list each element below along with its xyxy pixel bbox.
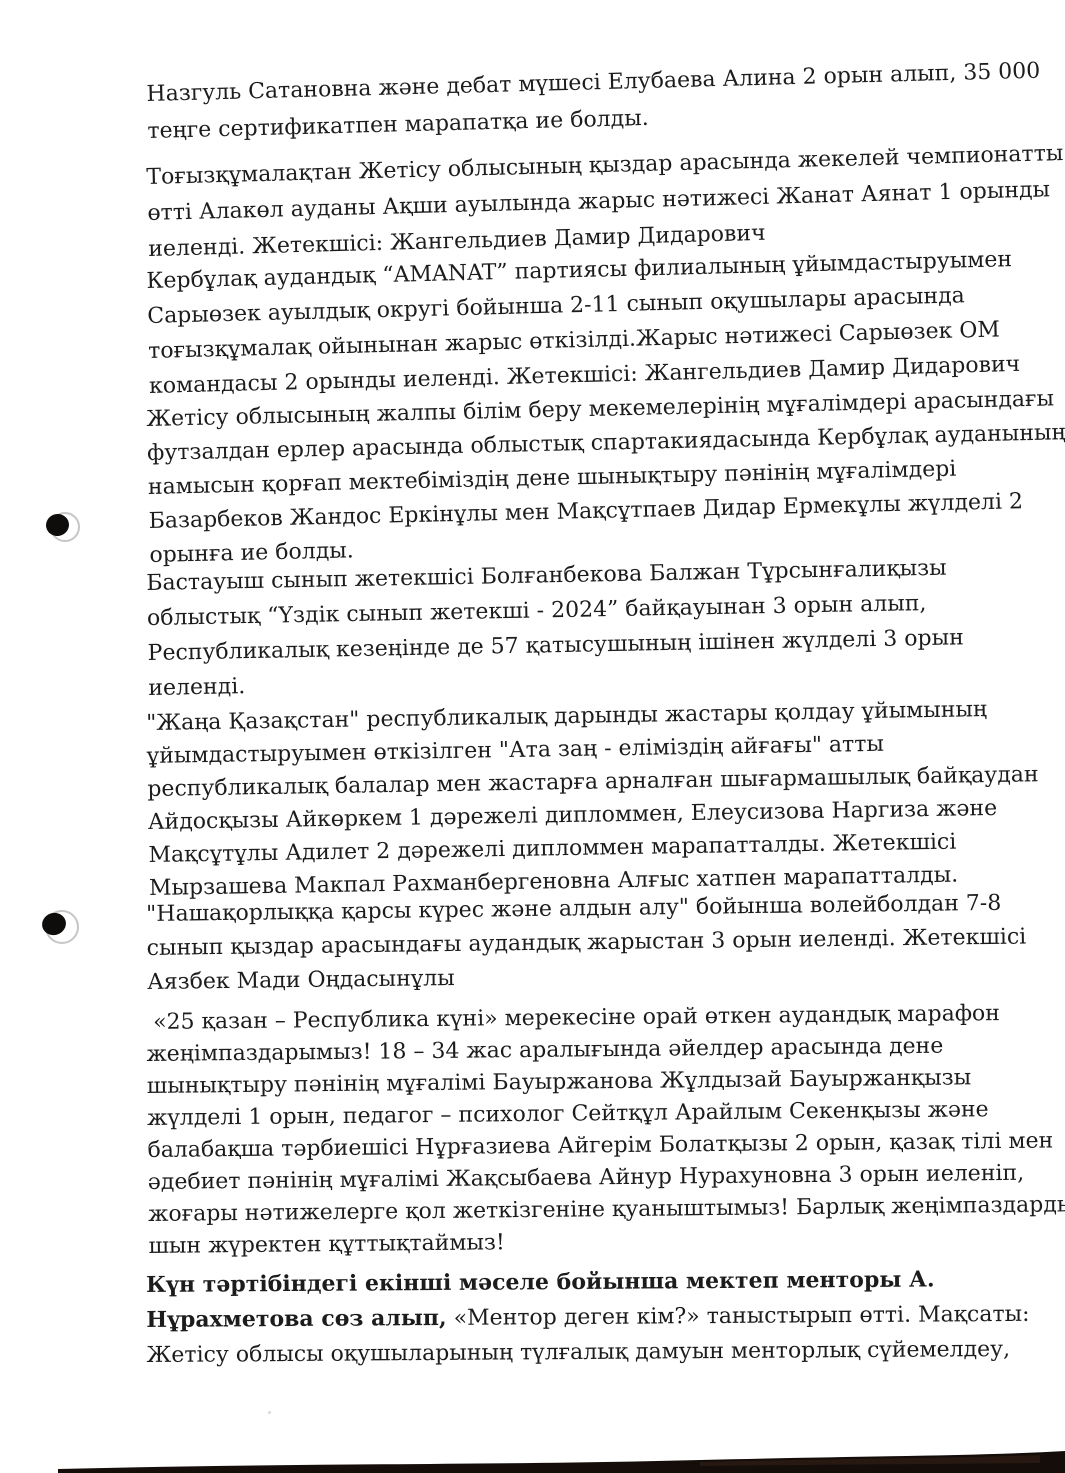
paragraph: «25 қазан – Республика күні» мерекесіне …: [146, 998, 1019, 1263]
hole-punch-mark: [46, 512, 80, 546]
bold-text-segment: Нұрахметова сөз алып,: [146, 1305, 446, 1333]
text-segment: балабақша тәрбиешісі Нұрғазиева Айгерім …: [147, 1129, 1053, 1163]
text-segment: «25 қазан – Республика күні» мерекесіне …: [146, 1001, 1000, 1035]
text-line: Күн тәртібіндегі екінші мәселе бойынша м…: [146, 1262, 1016, 1303]
scanned-document-page: Назгуль Сатановна және дебат мүшесі Елуб…: [0, 0, 1065, 1473]
text-segment: иеленді.: [148, 674, 245, 701]
text-line: Жетісу облысы оқушыларының түлғалық даму…: [146, 1332, 1016, 1373]
paragraph: Назгуль Сатановна және дебат мүшесі Елуб…: [146, 53, 1018, 150]
text-segment: жоғары нәтижелерге қол жеткізгеніне қуан…: [148, 1192, 1065, 1227]
scan-speck: [268, 1411, 271, 1414]
text-segment: шын жүректен құттықтаймыз!: [148, 1230, 505, 1259]
text-segment: теңге сертификатпен марапатқа ие болды.: [147, 106, 649, 144]
text-segment: Жетісу облысы оқушыларының түлғалық даму…: [147, 1337, 1011, 1368]
hole-punch-mark: [42, 913, 80, 949]
text-segment: жеңімпаздарымыз! 18 – 34 жас аралығында …: [146, 1034, 943, 1067]
text-segment: шынықтыру пәнінің мұғалімі Бауыржанова Ж…: [147, 1065, 972, 1099]
paragraph: Күн тәртібіндегі екінші мәселе бойынша м…: [146, 1262, 1017, 1373]
bold-text-segment: Күн тәртібіндегі екінші мәселе бойынша м…: [146, 1266, 935, 1298]
paragraph: "Жаңа Қазақстан" республикалық дарынды ж…: [146, 693, 1019, 905]
scan-edge-shadow: [0, 1443, 1065, 1473]
paragraph: Жетісу облысының жалпы білім беру мекеме…: [146, 383, 1020, 573]
text-line: Нұрахметова сөз алып, «Ментор деген кім?…: [146, 1297, 1016, 1338]
text-segment: жүлделі 1 орын, педагог – психолог Сейтқ…: [147, 1097, 989, 1131]
paragraph: Кербұлақ аудандық “AMANAT” партиясы фили…: [146, 242, 1019, 404]
text-segment: «Ментор деген кім?» таныстырып өтті. Мақ…: [447, 1302, 1030, 1331]
paragraph: "Нашақорлыққа қарсы күрес және алдын алу…: [146, 887, 1017, 1000]
text-segment: Аязбек Мади Оңдасынұлы: [147, 966, 455, 995]
paragraph: Бастауыш сынып жетекшісі Болғанбекова Ба…: [146, 549, 1019, 706]
text-segment: әдебиет пәнінің мұғалімі Жақсыбаева Айну…: [148, 1161, 1025, 1195]
text-segment: сынып қыздар арасындағы аудандық жарыста…: [146, 924, 1026, 961]
